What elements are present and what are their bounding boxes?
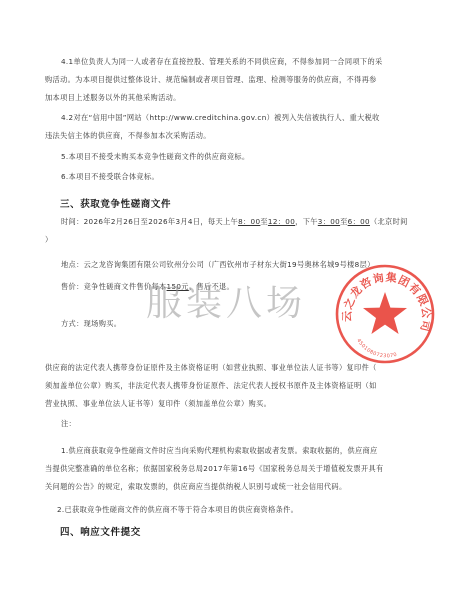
am-start-time: 8：00 bbox=[238, 217, 260, 226]
text-line: 4.2对在“信用中国”网站（http://www.creditchina.gov… bbox=[45, 109, 405, 127]
text-line: 4.1单位负责人为同一人或者存在直接控股、管理关系的不同供应商，不得参加同一合同… bbox=[45, 53, 405, 71]
time-mid: ，下午 bbox=[295, 217, 318, 226]
note-label: 注： bbox=[45, 415, 405, 433]
note-label-text: 注： bbox=[45, 415, 405, 433]
watermark: 服装八场 bbox=[146, 275, 306, 326]
official-seal-stamp: 云之龙咨询集团有限公司 4501080723070 bbox=[333, 262, 437, 366]
section-4-heading: 四、响应文件提交 bbox=[60, 524, 141, 538]
paragraph-4-1: 4.1单位负责人为同一人或者存在直接控股、管理关系的不同供应商，不得参加同一合同… bbox=[45, 53, 405, 107]
time-line: 时间：2026年2月26日至2026年3月4日，每天上午8：00至12：00，下… bbox=[45, 213, 405, 231]
text-line: 2.已获取竞争性磋商文件的供应商不等于符合本项目的供应商资格条件。 bbox=[45, 501, 405, 519]
text-line: 须加盖单位公章）购买，非法定代表人携带身份证原件、法定代表人授权书原件及主体资格… bbox=[45, 377, 405, 395]
paragraph-6: 6.本项目不接受联合体竞标。 bbox=[45, 168, 405, 186]
am-end-time: 12：00 bbox=[268, 217, 295, 226]
paragraph-time: 时间：2026年2月26日至2026年3月4日，每天上午8：00至12：00，下… bbox=[45, 213, 405, 249]
paragraph-4-2: 4.2对在“信用中国”网站（http://www.creditchina.gov… bbox=[45, 109, 405, 145]
time-prefix: 时间：2026年2月26日至2026年3月4日，每天上午 bbox=[61, 217, 238, 226]
text-line: 购活动。为本项目提供过整体设计、规范编制或者项目管理、监理、检测等服务的供应商，… bbox=[45, 71, 405, 89]
section-3-heading: 三、获取竞争性磋商文件 bbox=[60, 196, 171, 210]
text-line: 违法失信主体的供应商，不得参加本次采购活动。 bbox=[45, 127, 405, 145]
pm-end-time: 6：00 bbox=[348, 217, 370, 226]
text-line: 加本项目上述服务以外的其他采购活动。 bbox=[45, 89, 405, 107]
note-1: 1.供应商获取竞争性磋商文件时应当向采购代理机构索取收据或者发票。索取收据的，供… bbox=[45, 442, 405, 496]
separator: 至 bbox=[260, 217, 268, 226]
paragraph-purchase-requirements: 供应商的法定代表人携带身份证原件及主体资格证明（如营业执照、事业单位法人证书等）… bbox=[45, 359, 405, 413]
text-line: 5.本项目不接受未购买本竞争性磋商文件的供应商竞标。 bbox=[45, 148, 405, 166]
text-line: 当提供完整准确的单位名称；依据国家税务总局2017年第16号《国家税务总局关于增… bbox=[45, 460, 405, 478]
time-line-2: ） bbox=[45, 231, 405, 249]
time-suffix: （北京时间 bbox=[370, 217, 408, 226]
text-line: 6.本项目不接受联合体竞标。 bbox=[45, 168, 405, 186]
note-2: 2.已获取竞争性磋商文件的供应商不等于符合本项目的供应商资格条件。 bbox=[45, 501, 405, 519]
seal-icon: 云之龙咨询集团有限公司 4501080723070 bbox=[333, 262, 437, 366]
document-page: 4.1单位负责人为同一人或者存在直接控股、管理关系的不同供应商，不得参加同一合同… bbox=[0, 0, 450, 600]
paragraph-5: 5.本项目不接受未购买本竞争性磋商文件的供应商竞标。 bbox=[45, 148, 405, 166]
text-line: 1.供应商获取竞争性磋商文件时应当向采购代理机构索取收据或者发票。索取收据的，供… bbox=[45, 442, 405, 460]
separator: 至 bbox=[340, 217, 348, 226]
pm-start-time: 3：00 bbox=[318, 217, 340, 226]
text-line: 关问题的公告》的规定，索取发票的，供应商应当提供纳税人识别号或统一社会信用代码。 bbox=[45, 478, 405, 496]
text-line: 营业执照、事业单位法人证书等）复印件（须加盖单位公章）购买。 bbox=[45, 395, 405, 413]
